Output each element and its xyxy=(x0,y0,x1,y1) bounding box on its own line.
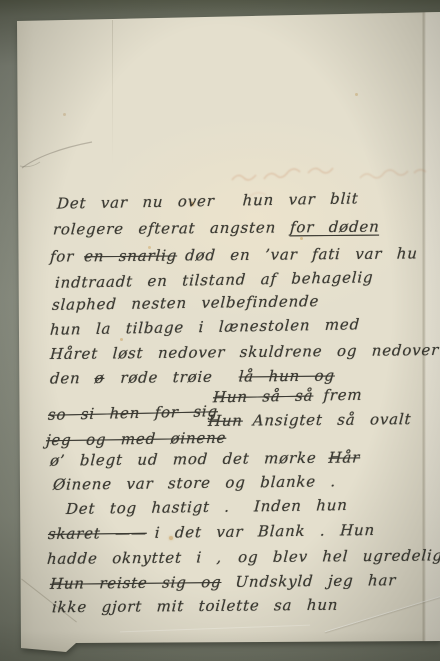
struck-text: jeg og med øinene xyxy=(46,429,227,450)
hand-text: Det tog hastigt . xyxy=(66,498,231,518)
struck-text: lå hun og xyxy=(238,367,335,386)
hand-text: død en ’var fati var hu xyxy=(185,244,419,264)
manuscript-line-17: hadde oknyttet i ,og blev hel ugredelig … xyxy=(46,546,440,568)
hand-text: ø’ blegt ud mod det mørke xyxy=(49,449,317,470)
hand-text: og blev hel ugredelig . xyxy=(238,546,440,566)
manuscript-page: Det var nu overhun var blitrolegere efte… xyxy=(0,0,440,661)
crease-bottom-right xyxy=(325,593,440,633)
underlined-text: for døden xyxy=(290,218,381,237)
manuscript-line-4: indtraadt en tilstand af behagelig xyxy=(55,268,374,292)
hand-text: hun la tilbage i lænestolen med xyxy=(50,315,361,338)
struck-text: Hun så så xyxy=(213,387,314,407)
hand-text: rolegere efterat angsten xyxy=(52,218,276,238)
manuscript-line-3: foren snarligdød en ’var fati var hu xyxy=(49,244,418,265)
manuscript-line-18: Hun reiste sig ogUndskyld jeg har xyxy=(49,571,396,593)
manuscript-line-2: rolegere efterat angstenfor døden xyxy=(52,218,380,239)
manuscript-line-14: Øinene var store og blanke . xyxy=(52,472,336,493)
manuscript-line-8: denørøde trøielå hun og xyxy=(49,367,335,388)
manuscript-photo: Det var nu overhun var blitrolegere efte… xyxy=(0,0,440,661)
foxing-spot xyxy=(63,113,66,116)
hand-text: ikke gjort mit toilette sa hun xyxy=(51,596,338,617)
hand-text: slaphed nesten velbefindende xyxy=(52,292,320,314)
hand-text: Undskyld jeg har xyxy=(235,571,397,591)
hand-text: hun var blit xyxy=(242,189,359,209)
manuscript-line-6: hun la tilbage i lænestolen med xyxy=(50,315,361,338)
hand-text: Ansigtet så ovalt xyxy=(252,410,412,429)
hand-text: Det var nu over xyxy=(57,192,216,213)
struck-text: Hår xyxy=(328,448,361,466)
manuscript-line-1: Det var nu overhun var blit xyxy=(57,189,360,212)
foxing-spot xyxy=(355,93,358,96)
hand-text: Øinene var store og blanke . xyxy=(52,472,336,493)
struck-text: Hun xyxy=(207,412,243,430)
manuscript-line-12: jeg og med øinene xyxy=(46,429,227,450)
struck-text: skaret —— xyxy=(47,524,147,543)
paper-shadow-wrap: Det var nu overhun var blitrolegere efte… xyxy=(0,0,440,661)
hand-text: Håret løst nedover skuldrene og nedover xyxy=(49,341,439,363)
hand-text: røde trøie xyxy=(120,368,213,387)
hand-text: i det var Blank . Hun xyxy=(154,521,375,542)
foxing-spot xyxy=(300,237,303,240)
hand-text: hadde oknyttet i , xyxy=(46,548,222,568)
struck-text: en snarlig xyxy=(84,246,178,265)
manuscript-line-16: skaret ——i det var Blank . Hun xyxy=(47,521,375,543)
hand-text: Inden hun xyxy=(254,496,349,515)
hand-text: indtraadt en tilstand af behagelig xyxy=(55,268,374,292)
crease-vertical-left xyxy=(112,20,113,165)
hand-text: frem xyxy=(323,386,363,405)
foxing-spot xyxy=(120,338,123,341)
struck-text: Hun reiste sig og xyxy=(49,573,222,593)
manuscript-line-15: Det tog hastigt .Inden hun xyxy=(66,496,349,518)
manuscript-line-7: Håret løst nedover skuldrene og nedover xyxy=(49,341,439,363)
manuscript-line-19: ikke gjort mit toilette sa hun xyxy=(51,596,338,617)
crease-bottom-center xyxy=(120,625,310,633)
struck-text: ø xyxy=(94,369,105,387)
manuscript-line-13: ø’ blegt ud mod det mørkeHår xyxy=(49,448,360,469)
hand-text: den xyxy=(49,369,81,387)
struck-text: so si hen for sig xyxy=(48,402,219,424)
manuscript-line-10: so si hen for sig xyxy=(48,402,219,424)
manuscript-line-9: Hun så såfrem xyxy=(213,386,363,407)
hand-text: for xyxy=(49,247,74,265)
manuscript-line-11: HunAnsigtet så ovalt xyxy=(207,410,411,430)
manuscript-line-5: slaphed nesten velbefindende xyxy=(52,292,320,314)
